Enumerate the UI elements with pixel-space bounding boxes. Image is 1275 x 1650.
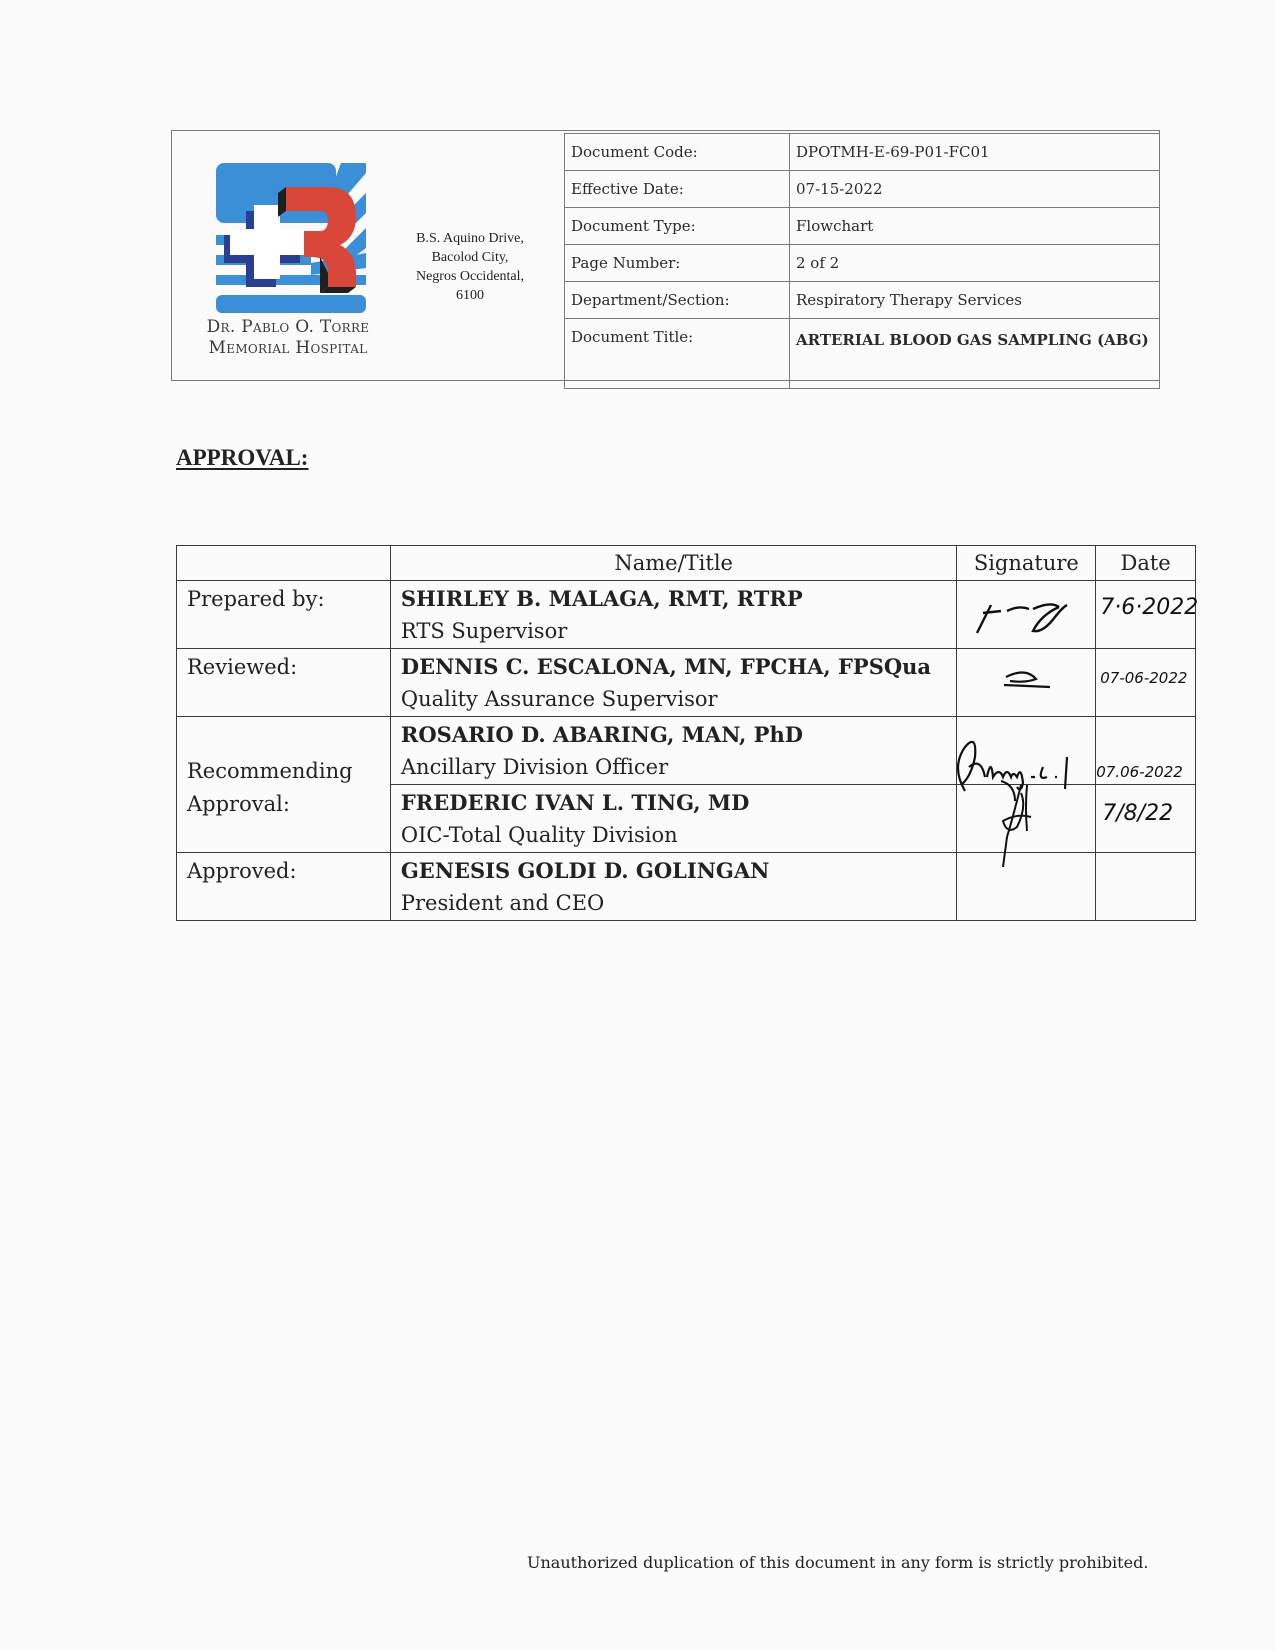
hospital-name: Dr. Pablo O. Torre Memorial Hospital: [178, 317, 398, 359]
signatory-name: GENESIS GOLDI D. GOLINGAN: [401, 854, 947, 887]
column-header-name-title: Name/Title: [390, 546, 957, 581]
meta-label: Effective Date:: [565, 171, 790, 208]
meta-row-type: Document Type: Flowchart: [565, 208, 1160, 245]
address-line: Bacolod City,: [400, 248, 540, 267]
address-line: 6100: [400, 286, 540, 305]
meta-row-page: Page Number: 2 of 2: [565, 245, 1160, 282]
meta-row-department: Department/Section: Respiratory Therapy …: [565, 282, 1160, 319]
date-cell: 7·6·2022: [1096, 581, 1196, 649]
name-title-cell: GENESIS GOLDI D. GOLINGAN President and …: [390, 853, 957, 921]
role-label: Approved:: [177, 853, 391, 921]
column-header-signature: Signature: [957, 546, 1096, 581]
signatory-title: Quality Assurance Supervisor: [401, 683, 947, 716]
meta-label: Page Number:: [565, 245, 790, 282]
hospital-logo-icon: [216, 163, 372, 315]
name-title-cell: FREDERIC IVAN L. TING, MD OIC-Total Qual…: [390, 785, 957, 853]
signatory-title: OIC-Total Quality Division: [401, 819, 947, 852]
document-type: Flowchart: [790, 208, 1160, 245]
column-header-role: [177, 546, 391, 581]
meta-label: Document Title:: [565, 319, 790, 389]
address-line: B.S. Aquino Drive,: [400, 229, 540, 248]
table-row: Prepared by: SHIRLEY B. MALAGA, RMT, RTR…: [177, 581, 1196, 649]
table-row: Approved: GENESIS GOLDI D. GOLINGAN Pres…: [177, 853, 1196, 921]
effective-date: 07-15-2022: [790, 171, 1160, 208]
document-meta-table: Document Code: DPOTMH-E-69-P01-FC01 Effe…: [564, 133, 1160, 389]
signatory-title: Ancillary Division Officer: [401, 751, 947, 784]
handwritten-date: 07.06-2022: [1096, 763, 1183, 781]
document-code: DPOTMH-E-69-P01-FC01: [790, 134, 1160, 171]
signatory-name: FREDERIC IVAN L. TING, MD: [401, 786, 947, 819]
meta-row-code: Document Code: DPOTMH-E-69-P01-FC01: [565, 134, 1160, 171]
signature-cell: [957, 717, 1096, 785]
signature-cell: [957, 853, 1096, 921]
date-cell: 07-06-2022: [1096, 649, 1196, 717]
table-row: Reviewed: DENNIS C. ESCALONA, MN, FPCHA,…: [177, 649, 1196, 717]
hospital-address: B.S. Aquino Drive, Bacolod City, Negros …: [400, 229, 540, 305]
page-number: 2 of 2: [790, 245, 1160, 282]
handwritten-date: 07-06-2022: [1100, 669, 1187, 687]
name-title-cell: ROSARIO D. ABARING, MAN, PhD Ancillary D…: [390, 717, 957, 785]
hospital-name-line2: Memorial Hospital: [178, 338, 398, 359]
signatory-name: SHIRLEY B. MALAGA, RMT, RTRP: [401, 582, 947, 615]
date-cell: 07.06-2022: [1096, 717, 1196, 785]
signature-cell: [957, 581, 1096, 649]
signatory-title: President and CEO: [401, 887, 947, 920]
signatory-title: RTS Supervisor: [401, 615, 947, 648]
meta-row-title: Document Title: ARTERIAL BLOOD GAS SAMPL…: [565, 319, 1160, 389]
meta-label: Document Type:: [565, 208, 790, 245]
signatory-name: DENNIS C. ESCALONA, MN, FPCHA, FPSQua: [401, 650, 947, 683]
role-label: Prepared by:: [177, 581, 391, 649]
approval-heading: APPROVAL:: [176, 445, 308, 471]
address-line: Negros Occidental,: [400, 267, 540, 286]
handwritten-date: 7/8/22: [1102, 801, 1173, 826]
name-title-cell: SHIRLEY B. MALAGA, RMT, RTRP RTS Supervi…: [390, 581, 957, 649]
name-title-cell: DENNIS C. ESCALONA, MN, FPCHA, FPSQua Qu…: [390, 649, 957, 717]
signature-cell: [957, 649, 1096, 717]
meta-label: Department/Section:: [565, 282, 790, 319]
date-cell: [1096, 853, 1196, 921]
signature-cell: [957, 785, 1096, 853]
table-row: Recommending Approval: ROSARIO D. ABARIN…: [177, 717, 1196, 785]
meta-label: Document Code:: [565, 134, 790, 171]
meta-row-effective-date: Effective Date: 07-15-2022: [565, 171, 1160, 208]
document-title: ARTERIAL BLOOD GAS SAMPLING (ABG): [790, 319, 1160, 389]
role-label: Reviewed:: [177, 649, 391, 717]
role-label: Recommending Approval:: [177, 717, 391, 853]
approval-table: Name/Title Signature Date Prepared by: S…: [176, 545, 1196, 921]
department-section: Respiratory Therapy Services: [790, 282, 1160, 319]
signature-icon: [971, 587, 1081, 637]
signature-icon: [996, 665, 1056, 695]
hospital-name-line1: Dr. Pablo O. Torre: [178, 317, 398, 338]
approval-header-row: Name/Title Signature Date: [177, 546, 1196, 581]
duplication-notice: Unauthorized duplication of this documen…: [527, 1553, 1148, 1572]
handwritten-date: 7·6·2022: [1100, 595, 1198, 620]
date-cell: 7/8/22: [1096, 785, 1196, 853]
column-header-date: Date: [1096, 546, 1196, 581]
document-header: Dr. Pablo O. Torre Memorial Hospital B.S…: [171, 130, 1160, 381]
signatory-name: ROSARIO D. ABARING, MAN, PhD: [401, 718, 947, 751]
